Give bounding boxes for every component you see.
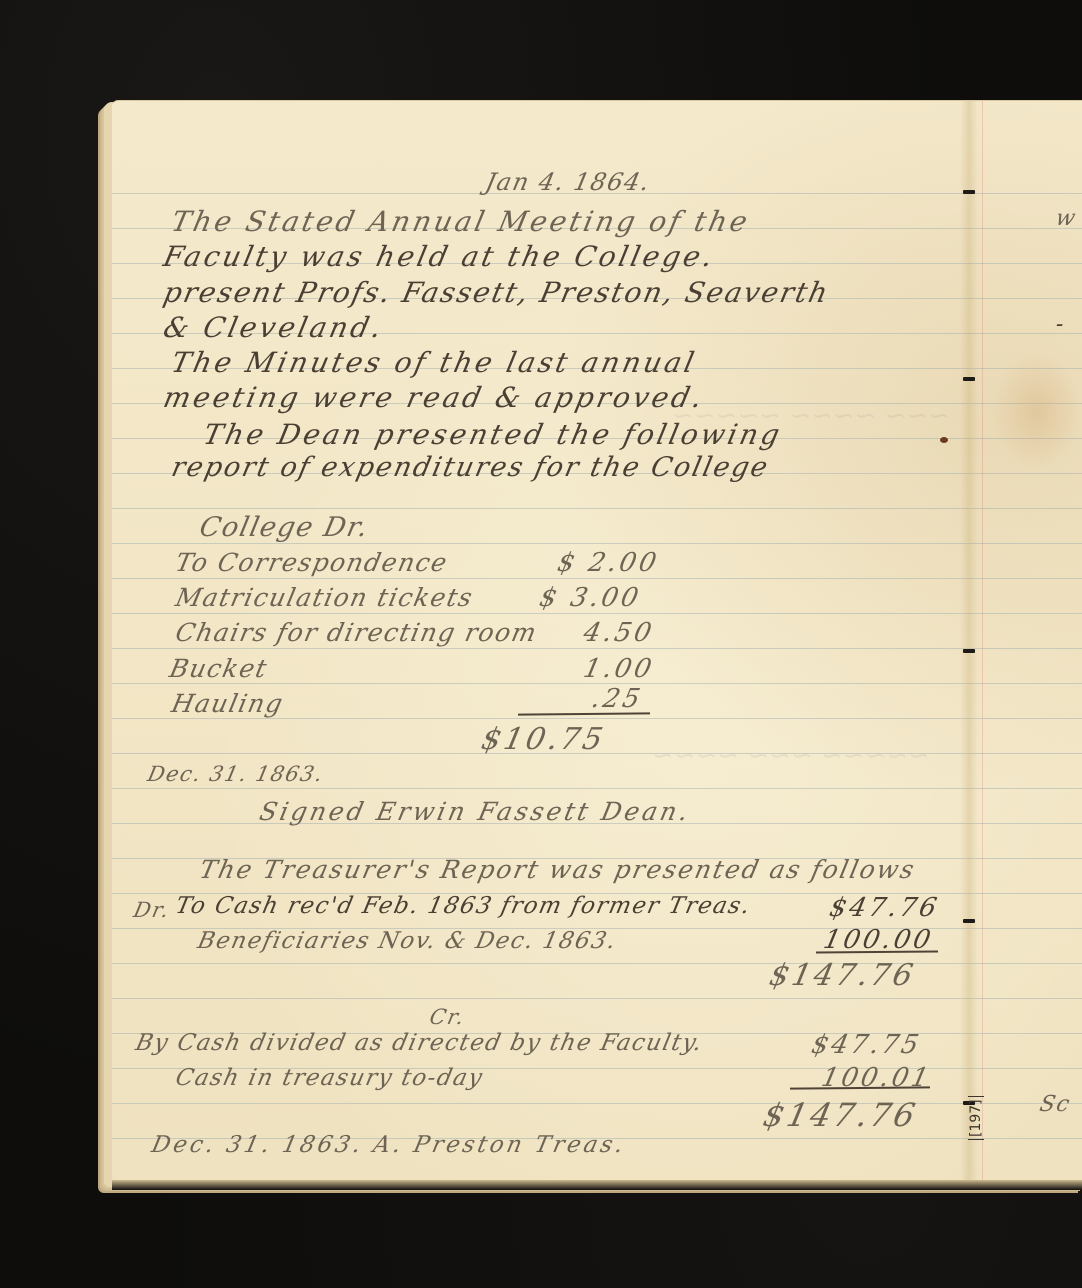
expense-label: Chairs for directing room bbox=[173, 618, 540, 647]
debit-amount: $47.76 bbox=[827, 893, 942, 923]
text-line: The Dean presented the following bbox=[200, 418, 785, 451]
dean-signature: Signed Erwin Fassett Dean. bbox=[257, 797, 694, 826]
expense-amount: $ 3.00 bbox=[537, 583, 644, 613]
binding-stitch-icon bbox=[963, 649, 975, 653]
binding-gutter bbox=[960, 101, 978, 1181]
ink-blot bbox=[940, 437, 948, 443]
text-line: report of expenditures for the College bbox=[169, 452, 772, 483]
page-bottom-edge bbox=[112, 1180, 1082, 1190]
treasurer-intro: The Treasurer's Report was presented as … bbox=[197, 855, 919, 884]
expense-label: To Correspondence bbox=[173, 548, 451, 577]
debit-total: $147.76 bbox=[766, 958, 919, 993]
binding-stitch-icon bbox=[963, 377, 975, 381]
credit-label: Cr. bbox=[427, 1005, 467, 1029]
expense-amount: 1.00 bbox=[581, 654, 657, 684]
margin-line bbox=[982, 101, 983, 1181]
text-line: The Minutes of the last annual bbox=[168, 346, 699, 379]
credit-total: $147.76 bbox=[760, 1096, 921, 1134]
water-stain bbox=[992, 351, 1082, 471]
text-line: present Profs. Fassett, Preston, Seavert… bbox=[160, 276, 832, 309]
text-line: The Stated Annual Meeting of the bbox=[168, 205, 753, 238]
treasurer-signoff: Dec. 31. 1863. A. Preston Treas. bbox=[149, 1132, 628, 1158]
debit-label: Dr. bbox=[131, 898, 172, 922]
date-heading: Jan 4. 1864. bbox=[483, 168, 653, 196]
text-line: meeting were read & approved. bbox=[160, 381, 707, 414]
expense-label: Bucket bbox=[167, 654, 271, 683]
text-line: Faculty was held at the College. bbox=[160, 240, 718, 273]
credit-amount: $47.75 bbox=[809, 1030, 924, 1060]
expense-label: Matriculation tickets bbox=[173, 583, 476, 612]
debit-line: Beneficiaries Nov. & Dec. 1863. bbox=[195, 928, 619, 954]
binding-stitch-icon bbox=[963, 190, 975, 194]
expense-label: Hauling bbox=[169, 689, 287, 718]
credit-line: Cash in treasury to-day bbox=[173, 1065, 486, 1091]
report-date: Dec. 31. 1863. bbox=[145, 762, 326, 786]
credit-line: By Cash divided as directed by the Facul… bbox=[133, 1030, 705, 1056]
report-heading: College Dr. bbox=[197, 512, 372, 543]
debit-line: To Cash rec'd Feb. 1863 from former Trea… bbox=[173, 893, 753, 919]
facing-page-fragment: Sc bbox=[1037, 1092, 1073, 1117]
expense-total: $10.75 bbox=[478, 722, 608, 757]
expense-amount: 4.50 bbox=[581, 618, 657, 648]
expense-amount: $ 2.00 bbox=[555, 548, 662, 578]
bleed-through: ~~~~~ ~~~ ~~~~ bbox=[649, 741, 932, 771]
text-line: & Cleveland. bbox=[160, 311, 387, 344]
expense-amount: .25 bbox=[589, 684, 646, 714]
binding-stitch-icon bbox=[963, 919, 975, 923]
page-number-stamp: [197] bbox=[968, 1096, 984, 1140]
